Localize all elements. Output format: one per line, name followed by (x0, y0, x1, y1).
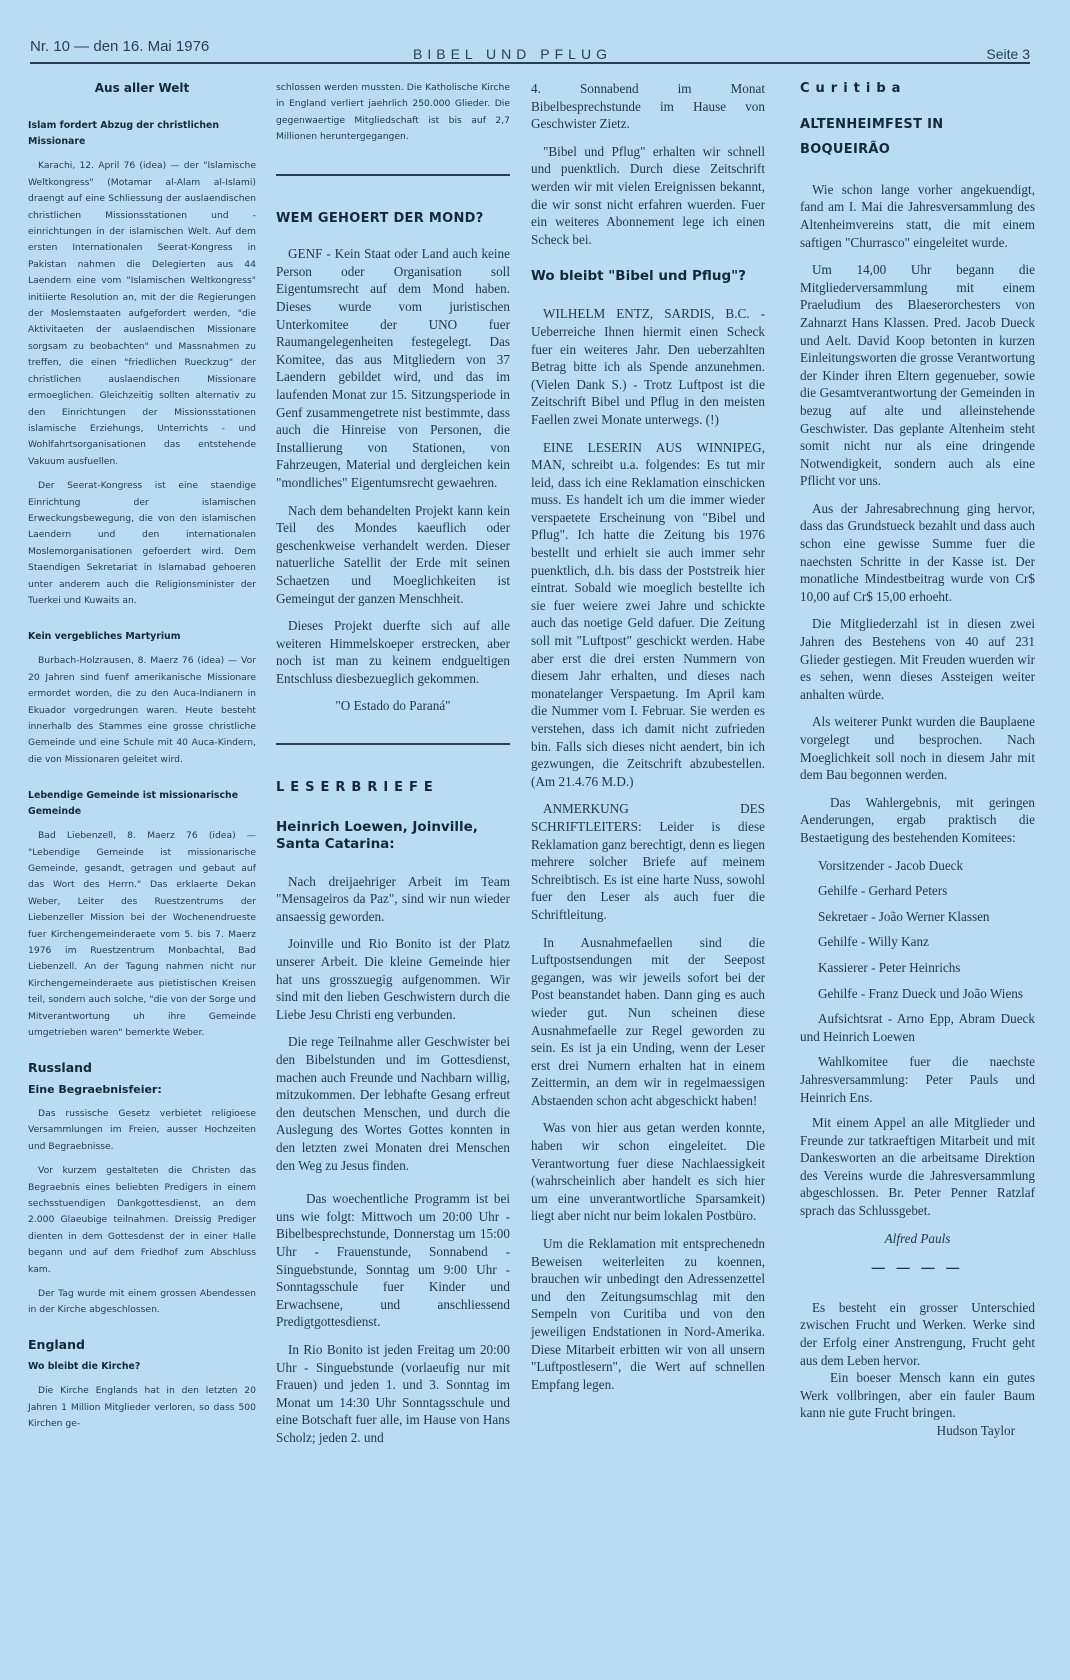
quote-author: Hudson Taylor (800, 1422, 1035, 1440)
section-title-aus-aller-welt: Aus aller Welt (28, 80, 256, 96)
article-paragraph: Aus der Jahresabrechnung ging hervor, da… (800, 500, 1035, 606)
article-paragraph: Die Kirche Englands hat in den letzten 2… (28, 1383, 256, 1432)
article-title-line2: BOQUEIRÃO (800, 141, 1035, 159)
column-3: 4. Sonnabend im Monat Bibelbesprechstund… (531, 80, 765, 1403)
section-title-leserbriefe: LESERBRIEFE (276, 779, 510, 797)
article-continuation: schlossen werden mussten. Die Katholisch… (276, 80, 510, 146)
quote-paragraph: Ein boeser Mensch kann ein gutes Werk vo… (800, 1369, 1035, 1422)
committee-item: Vorsitzender - Jacob Dueck (800, 857, 1035, 875)
article-paragraph: Karachi, 12. April 76 (idea) — der "Isla… (28, 158, 256, 470)
article-paragraph: Der Tag wurde mit einem grossen Abendess… (28, 1286, 256, 1319)
article-paragraph: ANMERKUNG DES SCHRIFTLEITERS: Leider is … (531, 800, 765, 923)
section-title-curitiba: Curitiba (800, 80, 1035, 98)
article-paragraph: Das woechentliche Programm ist bei uns w… (276, 1190, 510, 1331)
article-title-begraebnis: Eine Begraebnisfeier: (28, 1082, 256, 1098)
article-paragraph: In Rio Bonito ist jeden Freitag um 20:00… (276, 1341, 510, 1447)
article-paragraph: Um die Reklamation mit entsprechenedn Be… (531, 1235, 765, 1393)
article-paragraph: Wie schon lange vorher angekuendigt, fan… (800, 181, 1035, 251)
divider-rule (276, 174, 510, 176)
divider-rule (276, 743, 510, 745)
article-source: "O Estado do Paraná" (276, 697, 510, 715)
article-paragraph: WILHELM ENTZ, SARDIS, B.C. - Ueberreiche… (531, 305, 765, 428)
article-paragraph: "Bibel und Pflug" erhalten wir schnell u… (531, 143, 765, 249)
article-paragraph: Mit einem Appel an alle Mitglieder und F… (800, 1114, 1035, 1220)
article-title-wo-bleibt: Wo bleibt "Bibel und Pflug"? (531, 268, 765, 285)
article-paragraph: Nach dem behandelten Projekt kann kein T… (276, 502, 510, 608)
article-title-kirche: Wo bleibt die Kirche? (28, 1359, 256, 1375)
committee-item: Aufsichtsrat - Arno Epp, Abram Dueck und… (800, 1010, 1035, 1045)
newspaper-title: BIBEL UND PFLUG (413, 46, 612, 62)
dash-separator: — — — — (800, 1259, 1035, 1277)
article-continuation: 4. Sonnabend im Monat Bibelbesprechstund… (531, 80, 765, 133)
country-heading-russland: Russland (28, 1060, 256, 1076)
article-paragraph: Nach dreijaehriger Arbeit im Team "Mensa… (276, 873, 510, 926)
committee-list: Vorsitzender - Jacob Dueck Gehilfe - Ger… (800, 857, 1035, 1107)
article-paragraph: Der Seerat-Kongress ist eine staendige E… (28, 478, 256, 609)
committee-item: Gehilfe - Franz Dueck und João Wiens (800, 985, 1035, 1003)
article-title-gemeinde: Lebendige Gemeinde ist missionarische Ge… (28, 788, 256, 820)
article-title-martyrium: Kein vergebliches Martyrium (28, 629, 256, 645)
article-paragraph: In Ausnahmefaellen sind die Luftpostsend… (531, 934, 765, 1110)
article-paragraph: Was von hier aus getan werden konnte, ha… (531, 1119, 765, 1225)
committee-item: Sekretaer - João Werner Klassen (800, 908, 1035, 926)
page-number: Seite 3 (986, 46, 1030, 62)
article-title-line1: ALTENHEIMFEST IN (800, 116, 1035, 134)
article-paragraph: Das Wahlergebnis, mit geringen Aenderung… (800, 794, 1035, 847)
article-paragraph: Um 14,00 Uhr begann die Mitgliederversam… (800, 261, 1035, 490)
column-2: schlossen werden mussten. Die Katholisch… (276, 80, 510, 1456)
article-paragraph: Das russische Gesetz verbietet religioes… (28, 1106, 256, 1155)
committee-item: Wahlkomitee fuer die naechste Jahresvers… (800, 1053, 1035, 1106)
author-signature: Alfred Pauls (800, 1230, 1035, 1248)
article-paragraph: Als weiterer Punkt wurden die Bauplaene … (800, 713, 1035, 783)
article-paragraph: Dieses Projekt duerfte sich auf alle wei… (276, 617, 510, 687)
article-paragraph: Die Mitgliederzahl ist in diesen zwei Ja… (800, 615, 1035, 703)
quote-paragraph: Es besteht ein grosser Unterschied zwisc… (800, 1299, 1035, 1369)
column-1: Aus aller Welt Islam fordert Abzug der c… (28, 80, 256, 1440)
column-4: Curitiba ALTENHEIMFEST IN BOQUEIRÃO Wie … (800, 80, 1035, 1450)
committee-item: Gehilfe - Willy Kanz (800, 933, 1035, 951)
committee-item: Gehilfe - Gerhard Peters (800, 882, 1035, 900)
committee-item: Kassierer - Peter Heinrichs (800, 959, 1035, 977)
letter-title-loewen: Heinrich Loewen, Joinville, Santa Catari… (276, 819, 510, 853)
article-paragraph: Vor kurzem gestalteten die Christen das … (28, 1163, 256, 1278)
country-heading-england: England (28, 1337, 256, 1353)
issue-date: Nr. 10 — den 16. Mai 1976 (30, 38, 209, 55)
article-title-mond: WEM GEHOERT DER MOND? (276, 210, 510, 228)
article-paragraph: Joinville und Rio Bonito ist der Platz u… (276, 935, 510, 1023)
article-title-islam: Islam fordert Abzug der christlichen Mis… (28, 118, 256, 150)
article-paragraph: EINE LESERIN AUS WINNIPEG, MAN, schreibt… (531, 439, 765, 791)
article-paragraph: Bad Liebenzell, 8. Maerz 76 (idea) — "Le… (28, 828, 256, 1041)
article-paragraph: Die rege Teilnahme aller Geschwister bei… (276, 1033, 510, 1174)
header-rule (30, 62, 1030, 64)
article-paragraph: GENF - Kein Staat oder Land auch keine P… (276, 245, 510, 491)
article-paragraph: Burbach-Holzrausen, 8. Maerz 76 (idea) —… (28, 653, 256, 768)
